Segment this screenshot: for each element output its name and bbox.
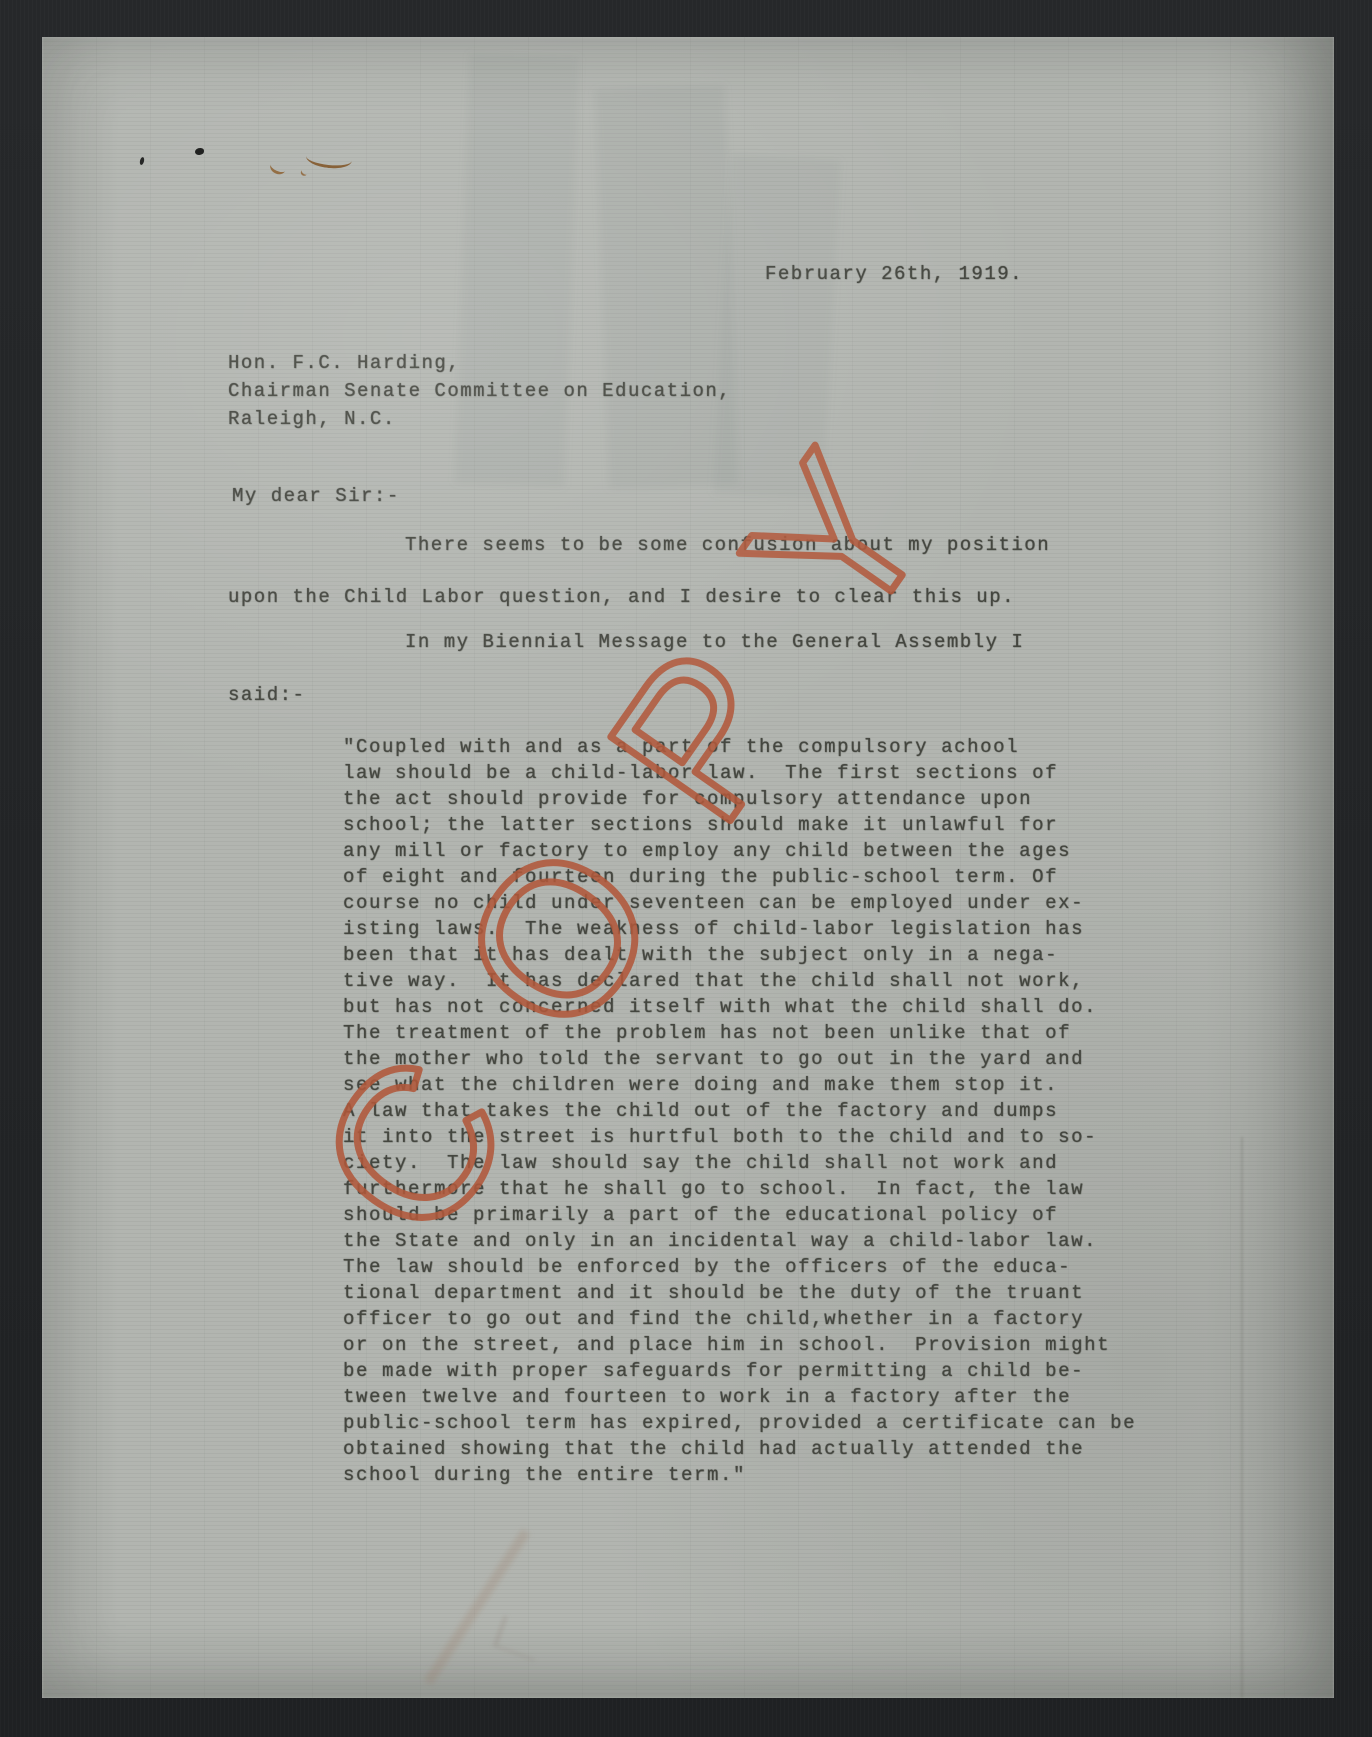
ink-speck (195, 148, 204, 155)
body-paragraph-line: There seems to be some confusion about m… (405, 534, 1050, 556)
address-line: Hon. F.C. Harding, (228, 349, 731, 377)
quote-line: tive way. It has declared that the child… (343, 968, 1136, 994)
quote-line: or on the street, and place him in schoo… (343, 1332, 1136, 1358)
paper-fold-line (1241, 1137, 1243, 1698)
salutation: My dear Sir:- (232, 485, 400, 507)
ink-speck (139, 157, 145, 166)
body-paragraph-line: upon the Child Labor question, and I des… (228, 586, 1015, 608)
quote-line: school during the entire term." (343, 1462, 1136, 1488)
quote-line: The law should be enforced by the office… (343, 1254, 1136, 1280)
scan-mat-background: February 26th, 1919. Hon. F.C. Harding,C… (0, 0, 1372, 1737)
quote-line: the act should provide for compulsory at… (343, 786, 1136, 812)
quote-line: see what the children were doing and mak… (343, 1072, 1136, 1098)
quote-line: public-school term has expired, provided… (343, 1410, 1136, 1436)
quote-line: school; the latter sections should make … (343, 812, 1136, 838)
quote-line: course no child under seventeen can be e… (343, 890, 1136, 916)
date-line: February 26th, 1919. (765, 263, 1023, 285)
address-line: Raleigh, N.C. (228, 405, 731, 433)
quote-line: of eight and fourteen during the public-… (343, 864, 1136, 890)
quote-line: A law that takes the child out of the fa… (343, 1098, 1136, 1124)
quote-line: furthermore that he shall go to school. … (343, 1176, 1136, 1202)
quote-line: obtained showing that the child had actu… (343, 1436, 1136, 1462)
quote-line: the State and only in an incidental way … (343, 1228, 1136, 1254)
quote-line: officer to go out and find the child,whe… (343, 1306, 1136, 1332)
bleedthrough-stamp-mark (493, 1615, 546, 1661)
rust-mark (268, 158, 288, 176)
quote-line: tional department and it should be the d… (343, 1280, 1136, 1306)
quote-line: should be primarily a part of the educat… (343, 1202, 1136, 1228)
quote-line: The treatment of the problem has not bee… (343, 1020, 1136, 1046)
quote-line: tween twelve and fourteen to work in a f… (343, 1384, 1136, 1410)
quote-line: "Coupled with and as a part of the compu… (343, 734, 1136, 760)
letter-page: February 26th, 1919. Hon. F.C. Harding,C… (42, 37, 1334, 1698)
quote-line: be made with proper safeguards for permi… (343, 1358, 1136, 1384)
bleedthrough-smudge (713, 154, 841, 499)
rust-mark (305, 147, 353, 171)
quote-line: the mother who told the servant to go ou… (343, 1046, 1136, 1072)
body-paragraph-line: said:- (228, 684, 305, 706)
recipient-address: Hon. F.C. Harding,Chairman Senate Commit… (228, 349, 731, 433)
bleedthrough-stamp-mark (424, 1529, 530, 1685)
quote-line: it into the street is hurtful both to th… (343, 1124, 1136, 1150)
quote-line: but has not concerned itself with what t… (343, 994, 1136, 1020)
body-paragraph-line: In my Biennial Message to the General As… (405, 631, 1024, 653)
quote-line: isting laws. The weakness of child-labor… (343, 916, 1136, 942)
quote-line: law should be a child-labor law. The fir… (343, 760, 1136, 786)
quote-line: been that it has dealt with the subject … (343, 942, 1136, 968)
quote-line: ciety. The law should say the child shal… (343, 1150, 1136, 1176)
quoted-message-block: "Coupled with and as a part of the compu… (343, 734, 1136, 1488)
address-line: Chairman Senate Committee on Education, (228, 377, 731, 405)
rust-mark (299, 167, 310, 178)
quote-line: any mill or factory to employ any child … (343, 838, 1136, 864)
